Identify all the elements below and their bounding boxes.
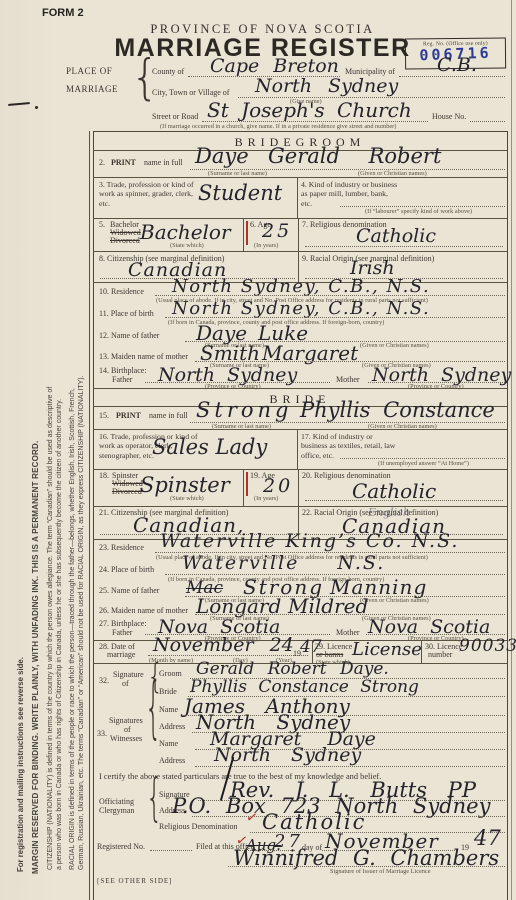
groom-religion-line <box>305 246 503 247</box>
bride-industry-label: 17. Kind of industry or business as text… <box>301 432 399 460</box>
bride-birthplace-label: 24. Place of birth <box>99 565 154 574</box>
see-other-side: [SEE OTHER SIDE] <box>97 877 173 885</box>
bride-industry-hint: (If unemployed answer “At Home”) <box>378 460 469 467</box>
groom-trade-label: 3. Trade, profession or kind of work as … <box>99 180 199 208</box>
sig-bride-label: Bride <box>159 687 177 696</box>
margin-note-citizenship-2: a person who was born in Canada or who h… <box>56 399 63 870</box>
bride-mother-surname: Longard <box>196 596 281 616</box>
groom-mother-label: 13. Maiden name of mother <box>99 352 188 361</box>
bride-age-value: 20 <box>263 477 293 496</box>
form-number: FORM 2 <box>42 7 84 19</box>
groom-trade-value: Student <box>198 183 282 204</box>
rule <box>93 429 507 430</box>
bride-father-label: 25. Name of father <box>99 586 159 595</box>
witnesses-label-3: Witnesses <box>110 734 142 743</box>
bride-surname-value: Strong <box>196 400 292 421</box>
city-value: North Sydney <box>255 77 398 96</box>
rule <box>93 218 507 219</box>
rule <box>93 177 507 178</box>
bride-bp-father-label: Father <box>112 628 132 637</box>
groom-print-label: PRINT <box>111 158 136 167</box>
groom-signature: Gerald Robert Daye. <box>196 661 389 678</box>
bride-name-no: 15. <box>99 411 109 420</box>
date-of-marriage-value: November 24 <box>153 636 294 655</box>
divider <box>297 429 298 469</box>
bride-religion-value: Catholic <box>352 481 436 501</box>
registered-no-line <box>150 850 192 851</box>
bride-residence-value: Waterville King’s Co. N.S. <box>160 532 459 551</box>
bride-name-label: name in full <box>149 411 188 420</box>
bride-residence-label: 23. Residence <box>99 543 144 552</box>
witness2-name-label: Name <box>159 739 178 748</box>
bride-mother-given: Mildred <box>288 596 368 616</box>
bride-print-label: PRINT <box>116 411 141 420</box>
divider <box>298 469 299 506</box>
place-of-marriage-label-1: PLACE OF <box>66 66 112 76</box>
margin-note-citizenship-1: CITIZENSHIP (NATIONALITY) is defined in … <box>47 387 54 870</box>
groom-religion-value: Catholic <box>356 227 436 246</box>
witness1-address-label: Address <box>159 722 185 731</box>
margin-note-racial-origin-1: RACIAL ORIGIN is defined in terms of the… <box>69 388 76 870</box>
bride-bp-label: 27. Birthplace: <box>99 619 147 628</box>
bride-status-c: Divorced <box>112 487 142 496</box>
witnesses-no: 33. <box>97 729 107 738</box>
street-hint: (If marriage occurred in a church, give … <box>160 123 396 130</box>
divider <box>243 218 244 251</box>
municipality-value: C.B. <box>437 56 477 75</box>
groom-given-value: Gerald Robert <box>268 146 441 167</box>
clergy-label-2: Clergyman <box>99 806 134 815</box>
groom-birthplace-label: 11. Place of birth <box>99 309 154 318</box>
place-of-marriage-label-2: MARRIAGE <box>66 84 118 94</box>
bride-mother-label: 26. Maiden name of mother <box>99 606 188 615</box>
divider <box>298 218 299 251</box>
groom-father-label: 12. Name of father <box>99 331 159 340</box>
inner-left-rule <box>89 131 90 900</box>
witness2-address-label: Address <box>159 756 185 765</box>
red-mark <box>246 472 248 496</box>
groom-bp-father-label: Father <box>112 375 132 384</box>
clergy-label-1: Officiating <box>99 797 134 806</box>
groom-bp-mother-label: Mother <box>336 375 360 384</box>
groom-surname-hint: (Surname or last name) <box>208 170 267 177</box>
groom-industry-label: 4. Kind of industry or business as paper… <box>301 180 399 208</box>
rule <box>93 469 507 470</box>
groom-mother-surname: Smith <box>200 343 260 363</box>
bride-surname-hint: (Surname or last name) <box>212 423 271 430</box>
rule <box>93 251 507 252</box>
county-label: County of <box>152 67 184 76</box>
marriage-register-document: For registration and mailing instruction… <box>0 0 516 900</box>
red-mark <box>246 221 248 245</box>
groom-bp-father-hint: (Province or Country) <box>205 383 261 390</box>
city-label: City, Town or Village of <box>152 88 229 97</box>
bride-given-value: Phyllis Constance <box>300 400 495 421</box>
street-value: St Joseph's Church <box>207 100 412 120</box>
sig-groom-label: Groom <box>159 669 182 678</box>
licence-number-value: 90033 <box>459 638 516 655</box>
groom-age-value: 25 <box>262 222 292 241</box>
witness1-name-label: Name <box>159 705 178 714</box>
groom-status-no: 5. <box>99 220 105 229</box>
groom-surname-value: Daye <box>195 146 249 167</box>
margin-note-binding: MARGIN RESERVED FOR BINDING. WRITE PLAIN… <box>31 441 40 874</box>
groom-father-given: Luke <box>258 323 308 343</box>
margin-note-registration: For registration and mailing instruction… <box>16 657 25 872</box>
licence-number-label-2: number <box>428 650 452 659</box>
registered-no-label: Registered No. <box>97 842 145 851</box>
street-label: Street or Road <box>152 112 198 121</box>
pen-mark <box>8 102 30 106</box>
licence-value: License <box>352 641 422 659</box>
witnesses-label-1: Signatures <box>109 716 143 725</box>
bride-status-no: 18. <box>99 471 109 480</box>
groom-status-c: Divorced <box>110 236 140 245</box>
witness2-address: North Sydney <box>214 746 361 765</box>
date-line <box>148 655 308 656</box>
divider <box>297 177 298 218</box>
bride-status-value: Spinster <box>140 475 230 496</box>
bride-religion-line <box>305 500 503 501</box>
groom-birthplace-value: North Sydney, C.B., N.S. <box>172 300 430 318</box>
date-of-marriage-label-2: marriage <box>107 650 135 659</box>
house-no-line <box>470 121 505 122</box>
groom-given-hint: (Given or Christian names) <box>358 170 427 177</box>
bride-given-hint: (Given or Christian names) <box>368 423 437 430</box>
bride-trade-value: Sales Lady <box>152 437 267 458</box>
groom-residence-value: North Sydney, C.B., N.S. <box>172 278 430 296</box>
sig-no: 32. <box>99 676 109 685</box>
groom-bp-label: 14. Birthplace: <box>99 366 147 375</box>
groom-father-surname: Daye <box>196 323 247 343</box>
groom-age-hint: (In years) <box>254 242 278 249</box>
groom-name-no: 2. <box>99 158 105 167</box>
witness2-address-line <box>195 766 505 767</box>
divider <box>243 469 244 506</box>
groom-birthplace-line <box>165 317 505 318</box>
groom-industry-line <box>340 206 505 207</box>
sig-label-2: of <box>122 679 129 688</box>
issuer-caption: Signature of Issuer of Marriage Licence <box>330 868 431 875</box>
issuer-signature-line <box>228 866 505 867</box>
witnesses-label-2: of <box>124 725 131 734</box>
licence-or-banns-struck: or banns <box>316 650 343 659</box>
clergy-denomination-label: Religious Denomination <box>159 822 237 831</box>
house-no-label: House No. <box>432 112 466 121</box>
bride-bp-mother-label: Mother <box>336 628 360 637</box>
sig-label-1: Signature <box>113 670 144 679</box>
bride-industry-line <box>340 458 505 459</box>
groom-bp-mother-hint: (Province or Country) <box>408 383 464 390</box>
page-edge <box>511 0 512 900</box>
groom-residence-line <box>155 295 505 296</box>
county-value: Cape Breton <box>210 57 339 76</box>
rule <box>93 506 507 507</box>
margin-note-racial-origin-2: German, Russian, Ukrainian, etc. The ter… <box>78 375 85 870</box>
bride-father-given-hint: (Given or Christian names) <box>360 597 429 604</box>
groom-father-given-hint: (Given or Christian names) <box>360 342 429 349</box>
bride-birthplace-value: Waterville N.S. <box>182 554 385 573</box>
groom-mother-given: Margaret <box>262 343 358 363</box>
groom-name-label: name in full <box>144 158 183 167</box>
bride-age-hint: (In years) <box>254 495 278 502</box>
municipality-line <box>399 76 505 77</box>
pen-mark <box>35 106 38 109</box>
groom-residence-label: 10. Residence <box>99 287 144 296</box>
groom-status-value: Bachelor <box>140 222 231 242</box>
groom-industry-hint: (If “labourer” specify kind of work abov… <box>365 208 472 215</box>
